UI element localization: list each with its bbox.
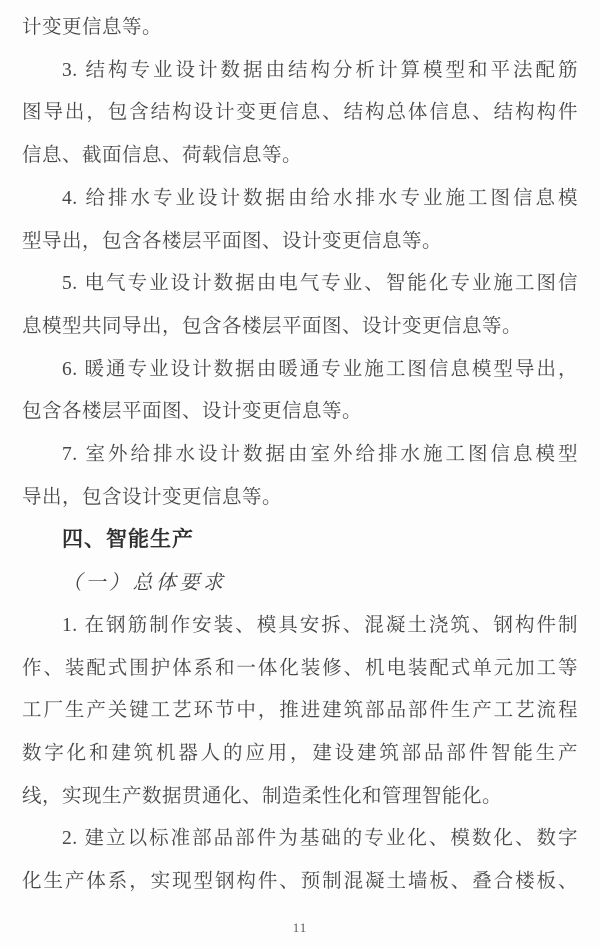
text-line-item4: 型导出，包含各楼层平面图、设计变更信息等。: [22, 221, 578, 264]
text-line-continuation: 计变更信息等。: [22, 7, 578, 50]
page-text-block: 计变更信息等。 3. 结构专业设计数据由结构分析计算模型和平法配筋 图导出，包含…: [22, 7, 578, 904]
subsection-heading-overall-requirements: （一）总体要求: [22, 562, 578, 605]
text-line-item7: 7. 室外给排水设计数据由室外给排水施工图信息模型: [22, 434, 578, 477]
text-line-item3: 图导出，包含结构设计变更信息、结构总体信息、结构构件: [22, 92, 578, 135]
document-page: 计变更信息等。 3. 结构专业设计数据由结构分析计算模型和平法配筋 图导出，包含…: [0, 0, 600, 949]
text-line-item5: 5. 电气专业设计数据由电气专业、智能化专业施工图信: [22, 263, 578, 306]
text-line-item6: 6. 暖通专业设计数据由暖通专业施工图信息模型导出，: [22, 349, 578, 392]
text-line-item4: 4. 给排水专业设计数据由给水排水专业施工图信息模: [22, 178, 578, 221]
text-line-item1: 1. 在钢筋制作安装、模具安拆、混凝土浇筑、钢构件制: [22, 605, 578, 648]
text-line-item6: 包含各楼层平面图、设计变更信息等。: [22, 391, 578, 434]
text-line-item3: 3. 结构专业设计数据由结构分析计算模型和平法配筋: [22, 50, 578, 93]
text-line-item1: 作、装配式围护体系和一体化装修、机电装配式单元加工等: [22, 648, 578, 691]
section-heading-intelligent-production: 四、智能生产: [22, 519, 578, 562]
text-line-item2: 化生产体系，实现型钢构件、预制混凝土墙板、叠合楼板、: [22, 861, 578, 904]
text-line-item5: 息模型共同导出，包含各楼层平面图、设计变更信息等。: [22, 306, 578, 349]
text-line-item1: 线，实现生产数据贯通化、制造柔性化和管理智能化。: [22, 776, 578, 819]
page-number: 11: [0, 920, 600, 936]
text-line-item1: 工厂生产关键工艺环节中，推进建筑部品部件生产工艺流程: [22, 690, 578, 733]
text-line-item3: 信息、截面信息、荷载信息等。: [22, 135, 578, 178]
text-line-item1: 数字化和建筑机器人的应用，建设建筑部品部件智能生产: [22, 733, 578, 776]
text-line-item2: 2. 建立以标准部品部件为基础的专业化、模数化、数字: [22, 818, 578, 861]
text-line-item7: 导出，包含设计变更信息等。: [22, 477, 578, 520]
